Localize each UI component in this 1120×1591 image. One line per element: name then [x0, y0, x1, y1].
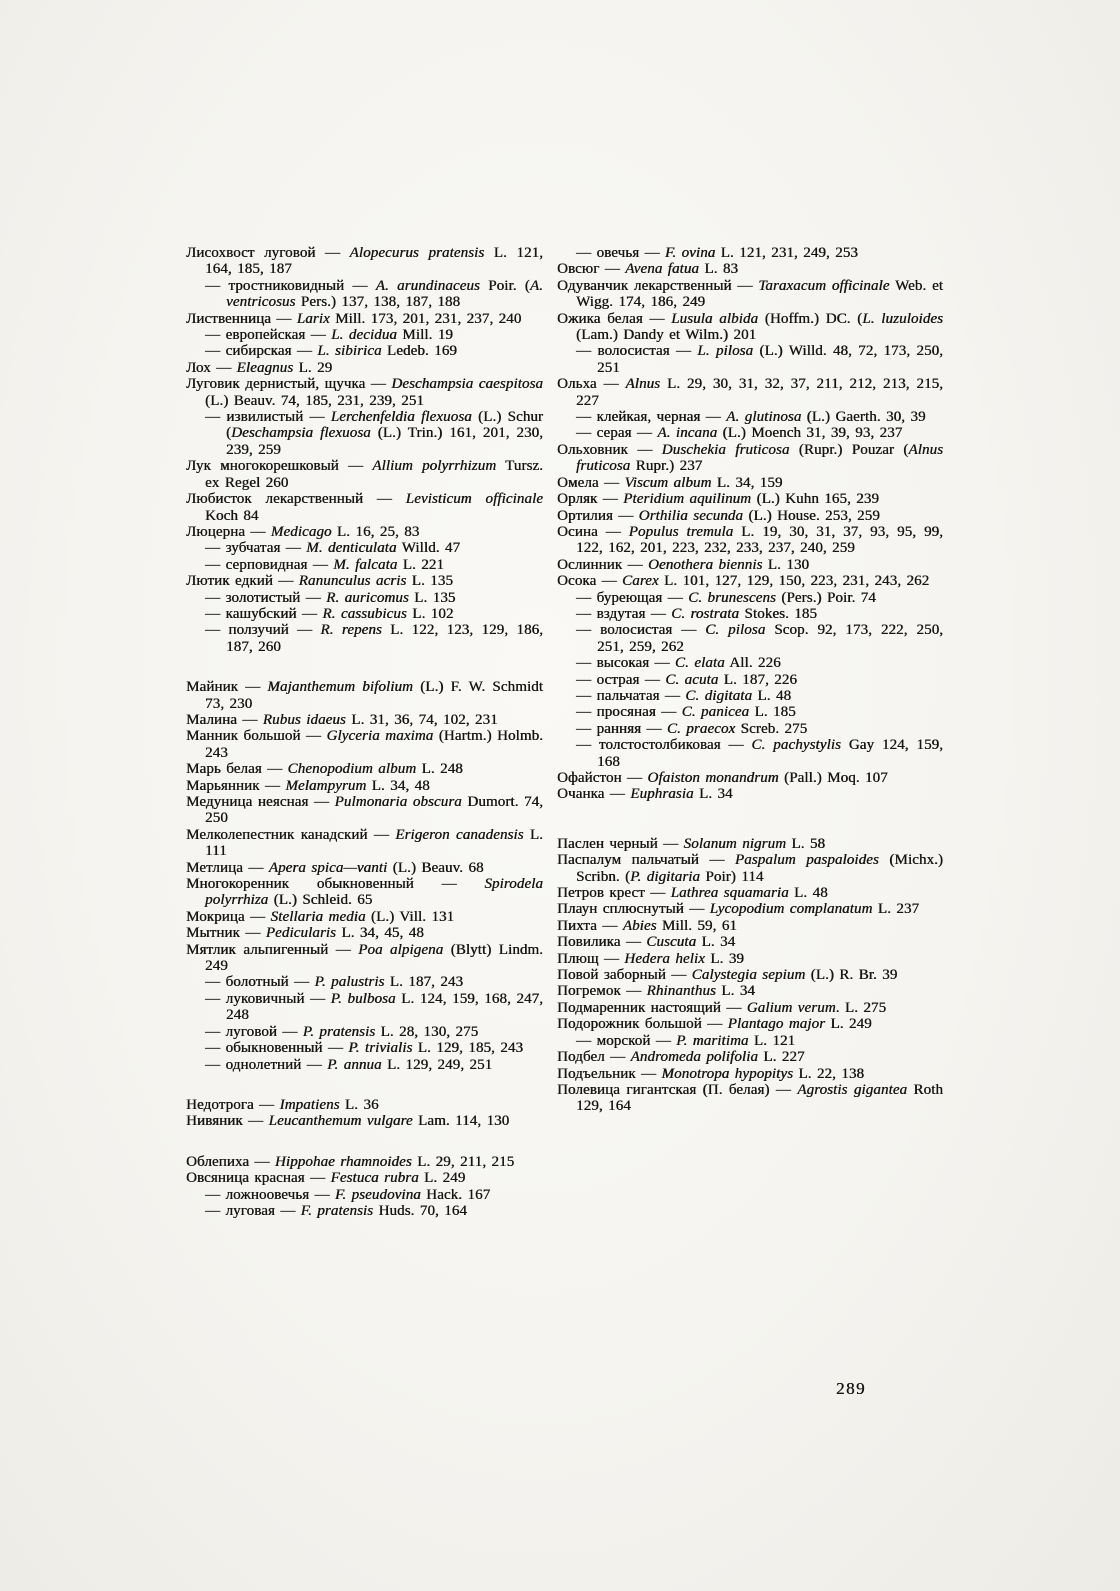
- page-number: 289: [836, 1379, 866, 1399]
- latin-name: Apera spica—vanti: [269, 860, 388, 876]
- entry-text: Willd. 47: [397, 540, 461, 556]
- entry-text: — волосистая —: [576, 343, 697, 359]
- entry-text: — ранняя —: [576, 721, 667, 737]
- entry-text: — сибирская —: [205, 343, 317, 359]
- index-entry: Ожика белая — Lusula albida (Hoffm.) DC.…: [557, 311, 943, 344]
- index-entry: Лютик едкий — Ranunculus acris L. 135: [186, 573, 543, 589]
- entry-text: (Lam.) Dandy et Wilm.) 201: [576, 327, 756, 343]
- entry-text: — обыкновенный —: [205, 1040, 348, 1056]
- latin-name: Erigeron canadensis: [395, 827, 523, 843]
- entry-text: Hack. 167: [421, 1187, 490, 1203]
- entry-text: Полевица гигантская (П. белая) —: [557, 1082, 797, 1098]
- entry-text: — пальчатая —: [576, 688, 685, 704]
- entry-text: Подъельник —: [557, 1066, 661, 1082]
- entry-text: — клейкая, черная —: [576, 409, 726, 425]
- index-entry: — сибирская — L. sibirica Ledeb. 169: [186, 343, 543, 359]
- latin-name: P. maritima: [676, 1033, 748, 1049]
- index-entry: Мокрица — Stellaria media (L.) Vill. 131: [186, 909, 543, 925]
- entry-text: L. 102: [407, 606, 454, 622]
- entry-text: Осина —: [557, 524, 629, 540]
- entry-text: Плющ —: [557, 951, 624, 967]
- index-entry: — европейская — L. decidua Mill. 19: [186, 327, 543, 343]
- latin-name: Lycopodium complanatum: [710, 901, 873, 917]
- entry-text: Pers.) 137, 138, 187, 188: [295, 294, 460, 310]
- index-entry: — извилистый — Lerchenfeldia flexuosa (L…: [186, 409, 543, 458]
- index-entry: Мелколепестник канадский — Erigeron cana…: [186, 827, 543, 860]
- latin-name: Monotropa hypopitys: [661, 1066, 793, 1082]
- entry-text: L. 34, 159: [711, 475, 782, 491]
- index-entry: — волосистая — C. pilosa Scop. 92, 173, …: [557, 622, 943, 655]
- latin-name: F. pseudovina: [335, 1187, 421, 1203]
- index-entry: Ольха — Alnus L. 29, 30, 31, 32, 37, 211…: [557, 376, 943, 409]
- entry-text: Повой заборный —: [557, 967, 692, 983]
- latin-name: Avena fatua: [625, 261, 699, 277]
- latin-name: C. praecox: [667, 721, 735, 737]
- entry-text: (L.) Gaerth. 30, 39: [801, 409, 925, 425]
- latin-name: Melampyrum: [285, 778, 366, 794]
- latin-name: Rhinanthus: [647, 983, 716, 999]
- latin-name: C. acuta: [665, 672, 718, 688]
- entry-text: Подорожник большой —: [557, 1016, 728, 1032]
- index-entry: — пальчатая — C. digitata L. 48: [557, 688, 943, 704]
- latin-name: Lusula albida: [671, 311, 758, 327]
- entry-text: — высокая —: [576, 655, 675, 671]
- entry-text: Лютик едкий —: [186, 573, 299, 589]
- entry-text: Stokes. 185: [739, 606, 817, 622]
- index-entry: — ползучий — R. repens L. 122, 123, 129,…: [186, 622, 543, 655]
- index-entry: — луковичный — P. bulbosa L. 124, 159, 1…: [186, 991, 543, 1024]
- entry-text: Screb. 275: [735, 721, 807, 737]
- index-entry: — морской — P. maritima L. 121: [557, 1033, 943, 1049]
- entry-text: Koch 84: [205, 508, 258, 524]
- entry-text: Манник большой —: [186, 728, 326, 744]
- index-entry: Офайстон — Ofaiston monandrum (Pall.) Mo…: [557, 770, 943, 786]
- entry-text: Паспалум пальчатый —: [557, 852, 735, 868]
- index-entry: Очанка — Euphrasia L. 34: [557, 786, 943, 802]
- latin-name: P. bulbosa: [331, 991, 396, 1007]
- index-entry: Лук многокорешковый — Allium polyrrhizum…: [186, 458, 543, 491]
- latin-name: Lathrea squamaria: [671, 885, 789, 901]
- index-entry: Подмаренник настоящий — Galium verum. L.…: [557, 1000, 943, 1016]
- entry-text: Погремок —: [557, 983, 647, 999]
- entry-text: — луковичный —: [205, 991, 331, 1007]
- entry-text: Очанка —: [557, 786, 630, 802]
- index-column-left: Лисохвост луговой — Alopecurus pratensis…: [186, 245, 543, 1219]
- latin-name: C. rostrata: [671, 606, 739, 622]
- entry-text: Медуница неясная —: [186, 794, 335, 810]
- index-entry: Осина — Populus tremula L. 19, 30, 31, 3…: [557, 524, 943, 557]
- latin-name: F. pratensis: [301, 1203, 373, 1219]
- entry-text: — буреющая —: [576, 590, 688, 606]
- index-entry: — острая — C. acuta L. 187, 226: [557, 672, 943, 688]
- latin-name: Glyceria maxima: [326, 728, 433, 744]
- latin-name: C. panicea: [682, 704, 750, 720]
- entry-text: — морской —: [576, 1033, 676, 1049]
- latin-name: Deschampsia caespitosa: [391, 376, 543, 392]
- entry-text: Лох —: [186, 360, 237, 376]
- index-entry: Ослинник — Oenothera biennis L. 130: [557, 557, 943, 573]
- entry-text: Недотрога —: [186, 1097, 279, 1113]
- entry-text: L. 34, 48: [366, 778, 429, 794]
- entry-text: L. 187, 243: [384, 974, 463, 990]
- index-entry: — кашубский — R. cassubicus L. 102: [186, 606, 543, 622]
- latin-name: A. incana: [657, 425, 717, 441]
- entry-text: All. 226: [725, 655, 781, 671]
- entry-text: (Pers.) Poir. 74: [776, 590, 876, 606]
- entry-text: L. 227: [758, 1049, 805, 1065]
- entry-text: Майник —: [186, 679, 267, 695]
- entry-text: Huds. 70, 164: [373, 1203, 467, 1219]
- index-entry: Плющ — Hedera helix L. 39: [557, 951, 943, 967]
- latin-name: R. repens: [320, 622, 381, 638]
- index-entry: — ранняя — C. praecox Screb. 275: [557, 721, 943, 737]
- index-entry: Орляк — Pteridium aquilinum (L.) Kuhn 16…: [557, 491, 943, 507]
- index-entry: Овсяница красная — Festuca rubra L. 249: [186, 1170, 543, 1186]
- index-entry: — клейкая, черная — A. glutinosa (L.) Ga…: [557, 409, 943, 425]
- entry-text: (Pall.) Moq. 107: [779, 770, 888, 786]
- entry-text: Ослинник —: [557, 557, 648, 573]
- entry-text: L. 130: [762, 557, 809, 573]
- index-entry: Полевица гигантская (П. белая) — Agrosti…: [557, 1082, 943, 1115]
- entry-text: L. 101, 127, 129, 150, 223, 231, 243, 26…: [659, 573, 930, 589]
- index-entry: Марь белая — Chenopodium album L. 248: [186, 761, 543, 777]
- entry-text: Ожика белая —: [557, 311, 671, 327]
- latin-name: P. annua: [327, 1057, 382, 1073]
- latin-name: C. pilosa: [705, 622, 765, 638]
- entry-text: Подмаренник настоящий —: [557, 1000, 747, 1016]
- index-entry: — зубчатая — M. denticulata Willd. 47: [186, 540, 543, 556]
- entry-text: — золотистый —: [205, 590, 326, 606]
- latin-name: Ofaiston monandrum: [647, 770, 778, 786]
- latin-name: Galium verum: [747, 1000, 836, 1016]
- index-entry: — волосистая — L. pilosa (L.) Willd. 48,…: [557, 343, 943, 376]
- index-entry: Манник большой — Glyceria maxima (Hartm.…: [186, 728, 543, 761]
- entry-text: Mill. 19: [397, 327, 453, 343]
- entry-text: — острая —: [576, 672, 665, 688]
- entry-text: L. 34, 45, 48: [336, 925, 424, 941]
- index-entry: — серая — A. incana (L.) Moench 31, 39, …: [557, 425, 943, 441]
- entry-text: L. 28, 130, 275: [375, 1024, 478, 1040]
- index-column-right: — овечья — F. ovina L. 121, 231, 249, 25…: [557, 245, 943, 1115]
- entry-text: Омела —: [557, 475, 624, 491]
- index-entry: Пихта — Abies Mill. 59, 61: [557, 918, 943, 934]
- entry-text: L. 48: [789, 885, 828, 901]
- entry-text: Метлица —: [186, 860, 269, 876]
- entry-text: Лук многокорешковый —: [186, 458, 372, 474]
- index-entry: Подорожник большой — Plantago major L. 2…: [557, 1016, 943, 1032]
- entry-text: (L.) Beauv. 68: [387, 860, 483, 876]
- entry-text: — однолетний —: [205, 1057, 327, 1073]
- entry-text: (L.) Vill. 131: [366, 909, 455, 925]
- index-entry: Метлица — Apera spica—vanti (L.) Beauv. …: [186, 860, 543, 876]
- entry-text: Любисток лекарственный —: [186, 491, 406, 507]
- entry-text: — серая —: [576, 425, 657, 441]
- latin-name: Impatiens: [279, 1097, 339, 1113]
- latin-name: Orthilia secunda: [639, 508, 743, 524]
- index-entry: — толстостолбиковая — C. pachystylis Gay…: [557, 737, 943, 770]
- entry-text: L. 129, 185, 243: [412, 1040, 523, 1056]
- latin-name: Hippohae rhamnoides: [275, 1154, 412, 1170]
- latin-name: Taraxacum officinale: [758, 278, 889, 294]
- entry-text: Мокрица —: [186, 909, 270, 925]
- index-entry: Многокоренник обыкновенный — Spirodela p…: [186, 876, 543, 909]
- latin-name: Oenothera biennis: [648, 557, 762, 573]
- entry-text: Многокоренник обыкновенный —: [186, 876, 484, 892]
- index-entry: — луговой — P. pratensis L. 28, 130, 275: [186, 1024, 543, 1040]
- entry-text: — серповидная —: [205, 557, 333, 573]
- index-entry: Паспалум пальчатый — Paspalum paspaloide…: [557, 852, 943, 885]
- latin-name: F. ovina: [665, 245, 715, 261]
- entry-text: — болотный —: [205, 974, 314, 990]
- latin-name: Pulmonaria obscura: [335, 794, 462, 810]
- index-entry: Петров крест — Lathrea squamaria L. 48: [557, 885, 943, 901]
- entry-text: Лиственница —: [186, 311, 297, 327]
- index-entry: — высокая — C. elata All. 226: [557, 655, 943, 671]
- entry-text: — ползучий —: [205, 622, 320, 638]
- index-entry: Облепиха — Hippohae rhamnoides L. 29, 21…: [186, 1154, 543, 1170]
- latin-name: P. palustris: [314, 974, 384, 990]
- index-entry: Осока — Carex L. 101, 127, 129, 150, 223…: [557, 573, 943, 589]
- latin-name: Duschekia fruticosa: [662, 442, 790, 458]
- entry-text: L. 185: [749, 704, 796, 720]
- latin-name: Larix: [297, 311, 330, 327]
- entry-text: — зубчатая —: [205, 540, 306, 556]
- index-entry: — вздутая — C. rostrata Stokes. 185: [557, 606, 943, 622]
- latin-name: Medicago: [271, 524, 332, 540]
- entry-text: . L. 275: [836, 1000, 886, 1016]
- index-entry: Мытник — Pedicularis L. 34, 45, 48: [186, 925, 543, 941]
- latin-name: A. glutinosa: [726, 409, 801, 425]
- entry-text: L. 48: [752, 688, 791, 704]
- index-entry: Одуванчик лекарственный — Taraxacum offi…: [557, 278, 943, 311]
- entry-text: — извилистый —: [205, 409, 331, 425]
- entry-text: Мятлик альпигенный —: [186, 942, 358, 958]
- index-entry: Люцерна — Medicago L. 16, 25, 83: [186, 524, 543, 540]
- entry-text: Rupr.) 237: [630, 458, 702, 474]
- index-entry: Омела — Viscum album L. 34, 159: [557, 475, 943, 491]
- entry-text: Луговик дернистый, щучка —: [186, 376, 391, 392]
- index-entry: Майник — Majanthemum bifolium (L.) F. W.…: [186, 679, 543, 712]
- entry-text: Плаун сплюснутый —: [557, 901, 710, 917]
- entry-text: Овсюг —: [557, 261, 625, 277]
- latin-name: L. decidua: [331, 327, 397, 343]
- entry-text: Ledeb. 169: [382, 343, 457, 359]
- latin-name: Pteridium aquilinum: [623, 491, 751, 507]
- index-entry: Плаун сплюснутый — Lycopodium complanatu…: [557, 901, 943, 917]
- entry-text: L. 22, 138: [793, 1066, 864, 1082]
- latin-name: Viscum album: [624, 475, 711, 491]
- latin-name: Lerchenfeldia flexuosa: [331, 409, 472, 425]
- latin-name: Poa alpigena: [358, 942, 443, 958]
- entry-text: L. 135: [409, 590, 456, 606]
- latin-name: Calystegia sepium: [692, 967, 806, 983]
- latin-name: P. pratensis: [303, 1024, 375, 1040]
- index-entry: — луговая — F. pratensis Huds. 70, 164: [186, 1203, 543, 1219]
- latin-name: Chenopodium album: [288, 761, 417, 777]
- index-entry: — золотистый — R. auricomus L. 135: [186, 590, 543, 606]
- entry-text: — европейская —: [205, 327, 331, 343]
- index-entry: Погремок — Rhinanthus L. 34: [557, 983, 943, 999]
- latin-name: M. denticulata: [306, 540, 396, 556]
- entry-text: L. 34: [696, 934, 735, 950]
- latin-name: Paspalum paspaloides: [735, 852, 879, 868]
- index-entry: — болотный — P. palustris L. 187, 243: [186, 974, 543, 990]
- latin-name: Agrostis gigantea: [797, 1082, 907, 1098]
- latin-name: Hedera helix: [624, 951, 705, 967]
- entry-text: Одуванчик лекарственный —: [557, 278, 758, 294]
- latin-name: Andromeda polifolia: [631, 1049, 758, 1065]
- entry-text: Офайстон —: [557, 770, 647, 786]
- latin-name: Populus tremula: [629, 524, 734, 540]
- latin-name: Cuscuta: [646, 934, 696, 950]
- entry-text: Poir) 114: [700, 869, 763, 885]
- entry-text: — волосистая —: [576, 622, 705, 638]
- latin-name: Pedicularis: [266, 925, 336, 941]
- index-entry: — просяная — C. panicea L. 185: [557, 704, 943, 720]
- index-entry: — ложноовечья — F. pseudovina Hack. 167: [186, 1187, 543, 1203]
- entry-text: (Rupr.) Pouzar (: [789, 442, 908, 458]
- entry-text: (L.) House. 253, 259: [743, 508, 880, 524]
- scanned-page: Лисохвост луговой — Alopecurus pratensis…: [0, 0, 1120, 1591]
- entry-text: L. 135: [406, 573, 453, 589]
- entry-text: Пихта —: [557, 918, 623, 934]
- latin-name: Abies: [623, 918, 657, 934]
- latin-name: C. pachystylis: [751, 737, 841, 753]
- index-entry: Подъельник — Monotropa hypopitys L. 22, …: [557, 1066, 943, 1082]
- index-entry: Подбел — Andromeda polifolia L. 227: [557, 1049, 943, 1065]
- latin-name: Leucanthemum vulgare: [269, 1113, 413, 1129]
- latin-name: Ranunculus acris: [299, 573, 407, 589]
- latin-name: L. sibirica: [317, 343, 381, 359]
- entry-text: Облепиха —: [186, 1154, 275, 1170]
- entry-text: — толстостолбиковая —: [576, 737, 751, 753]
- latin-name: C. brunescens: [688, 590, 776, 606]
- latin-name: Solanum nigrum: [684, 836, 787, 852]
- entry-text: L. 248: [416, 761, 463, 777]
- entry-text: — кашубский —: [205, 606, 322, 622]
- entry-text: Лисохвост луговой —: [186, 245, 350, 261]
- index-entry: Лисохвост луговой — Alopecurus pratensis…: [186, 245, 543, 278]
- index-entry: Овсюг — Avena fatua L. 83: [557, 261, 943, 277]
- entry-text: Марь белая —: [186, 761, 288, 777]
- entry-text: L. 29: [293, 360, 332, 376]
- index-entry: — обыкновенный — P. trivialis L. 129, 18…: [186, 1040, 543, 1056]
- entry-text: — луговая —: [205, 1203, 301, 1219]
- latin-name: C. digitata: [685, 688, 752, 704]
- index-entry: Марьянник — Melampyrum L. 34, 48: [186, 778, 543, 794]
- entry-text: Малина —: [186, 712, 263, 728]
- latin-name: Allium polyrrhizum: [372, 458, 496, 474]
- entry-text: L. 58: [786, 836, 825, 852]
- entry-text: — овечья —: [576, 245, 665, 261]
- entry-text: Ольха —: [557, 376, 625, 392]
- entry-text: Петров крест —: [557, 885, 671, 901]
- index-entry: Повой заборный — Calystegia sepium (L.) …: [557, 967, 943, 983]
- entry-text: Орляк —: [557, 491, 623, 507]
- entry-text: L. 16, 25, 83: [332, 524, 420, 540]
- entry-text: (Hoffm.) DC. (: [758, 311, 862, 327]
- latin-name: Deschampsia flexuosa: [231, 425, 371, 441]
- index-entry: Ольховник — Duschekia fruticosa (Rupr.) …: [557, 442, 943, 475]
- index-entry: Повилика — Cuscuta L. 34: [557, 934, 943, 950]
- entry-text: L. 34: [694, 786, 733, 802]
- entry-text: Mill. 59, 61: [657, 918, 737, 934]
- entry-text: L. 29, 211, 215: [412, 1154, 514, 1170]
- latin-name: Alnus: [625, 376, 660, 392]
- entry-text: Мытник —: [186, 925, 266, 941]
- index-entry: — овечья — F. ovina L. 121, 231, 249, 25…: [557, 245, 943, 261]
- latin-name: Plantago major: [728, 1016, 826, 1032]
- entry-text: Ольховник —: [557, 442, 662, 458]
- entry-text: (L.) R. Br. 39: [805, 967, 897, 983]
- entry-text: Lam. 114, 130: [413, 1113, 510, 1129]
- entry-text: L. 39: [705, 951, 744, 967]
- entry-text: — вздутая —: [576, 606, 671, 622]
- entry-text: — луговой —: [205, 1024, 303, 1040]
- index-entry: — буреющая — C. brunescens (Pers.) Poir.…: [557, 590, 943, 606]
- latin-name: L. pilosa: [697, 343, 753, 359]
- entry-text: L. 36: [340, 1097, 379, 1113]
- index-entry: Недотрога — Impatiens L. 36: [186, 1097, 543, 1113]
- entry-text: L. 121, 231, 249, 253: [715, 245, 858, 261]
- latin-name: Majanthemum bifolium: [267, 679, 413, 695]
- latin-name: Festuca rubra: [330, 1170, 418, 1186]
- latin-name: L. luzuloides: [862, 311, 943, 327]
- index-entry: Любисток лекарственный — Levisticum offi…: [186, 491, 543, 524]
- latin-name: A. arundinaceus: [376, 278, 480, 294]
- index-entry: Ортилия — Orthilia secunda (L.) House. 2…: [557, 508, 943, 524]
- latin-name: P. trivialis: [348, 1040, 412, 1056]
- entry-text: L. 34: [716, 983, 755, 999]
- entry-text: (L.) Moench 31, 39, 93, 237: [717, 425, 902, 441]
- latin-name: Eleagnus: [237, 360, 294, 376]
- entry-text: Нивяник —: [186, 1113, 269, 1129]
- index-entry: — серповидная — M. falcata L. 221: [186, 557, 543, 573]
- entry-text: — тростниковидный —: [205, 278, 376, 294]
- index-entry: Луговик дернистый, щучка — Deschampsia c…: [186, 376, 543, 409]
- entry-text: Poir. (: [480, 278, 530, 294]
- entry-text: Ортилия —: [557, 508, 639, 524]
- entry-text: L. 221: [397, 557, 444, 573]
- index-entry: Паслен черный — Solanum nigrum L. 58: [557, 836, 943, 852]
- entry-text: L. 187, 226: [718, 672, 797, 688]
- entry-text: Овсяница красная —: [186, 1170, 330, 1186]
- index-entry: — однолетний — P. annua L. 129, 249, 251: [186, 1057, 543, 1073]
- index-entry: Лиственница — Larix Mill. 173, 201, 231,…: [186, 311, 543, 327]
- entry-text: L. 249: [419, 1170, 466, 1186]
- entry-text: L. 83: [699, 261, 738, 277]
- entry-text: Мелколепестник канадский —: [186, 827, 395, 843]
- entry-text: L. 121: [749, 1033, 796, 1049]
- entry-text: (L.) Beauv. 74, 185, 231, 239, 251: [205, 393, 424, 409]
- index-entry: — тростниковидный — A. arundinaceus Poir…: [186, 278, 543, 311]
- latin-name: Carex: [622, 573, 659, 589]
- entry-text: — просяная —: [576, 704, 682, 720]
- entry-text: Mill. 173, 201, 231, 237, 240: [330, 311, 522, 327]
- entry-text: Люцерна —: [186, 524, 271, 540]
- entry-text: Паслен черный —: [557, 836, 684, 852]
- entry-text: (L.) Schleid. 65: [268, 892, 372, 908]
- index-entry: Мятлик альпигенный — Poa alpigena (Blytt…: [186, 942, 543, 975]
- entry-text: L. 249: [825, 1016, 872, 1032]
- entry-text: Подбел —: [557, 1049, 631, 1065]
- index-entry: Малина — Rubus idaeus L. 31, 36, 74, 102…: [186, 712, 543, 728]
- entry-text: Повилика —: [557, 934, 646, 950]
- entry-text: L. 129, 249, 251: [382, 1057, 493, 1073]
- index-entry: Нивяник — Leucanthemum vulgare Lam. 114,…: [186, 1113, 543, 1129]
- latin-name: C. elata: [675, 655, 725, 671]
- entry-text: Марьянник —: [186, 778, 285, 794]
